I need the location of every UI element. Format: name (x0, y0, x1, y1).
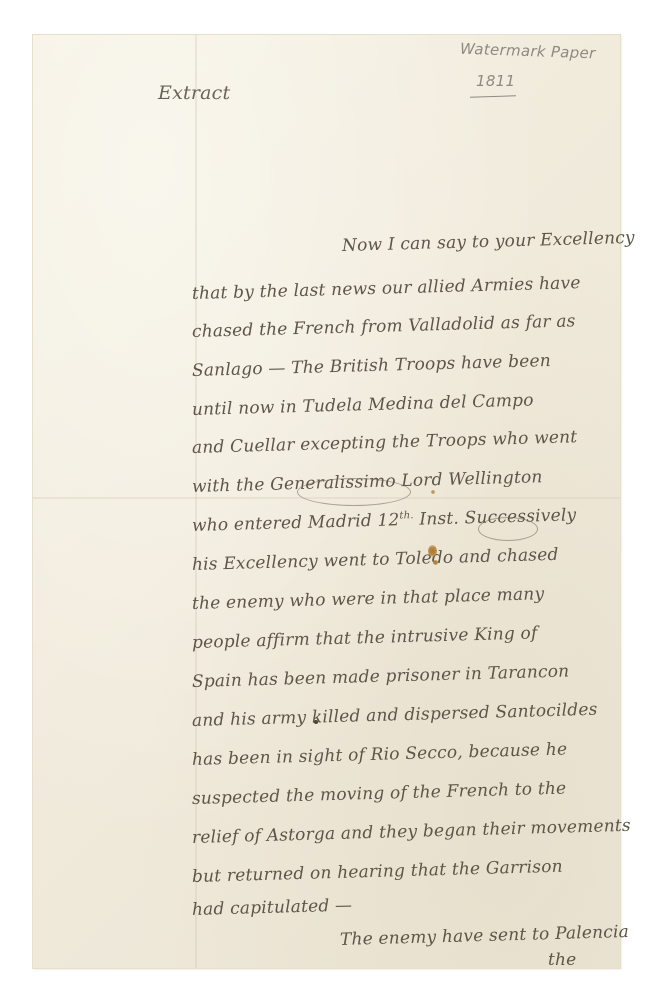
ink-spot (431, 490, 435, 494)
ink-spot (314, 720, 318, 724)
pencil-annotation-year: 1811 (476, 72, 515, 90)
catchword: the (548, 950, 576, 970)
ink-stain (428, 545, 437, 557)
ink-stain (433, 560, 438, 565)
letter-heading: Extract (158, 82, 230, 104)
superscript-th: th. (399, 510, 414, 521)
inst-text: Inst. (419, 509, 459, 530)
ink-loop-mark (478, 517, 538, 541)
ink-loop-mark (297, 478, 411, 506)
